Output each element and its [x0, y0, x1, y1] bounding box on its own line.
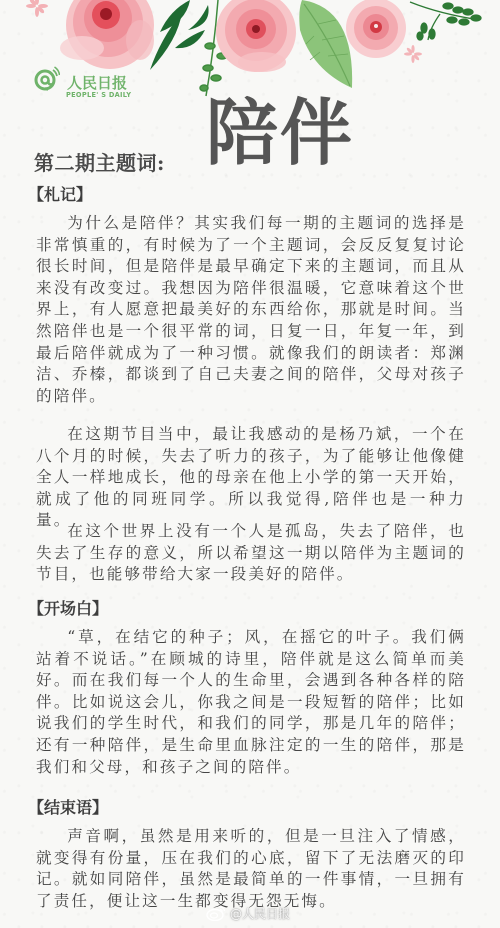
weibo-icon: [206, 905, 226, 921]
section-title-notes: 【札记】: [28, 182, 92, 205]
section-title-closing: 【结束语】: [28, 795, 108, 818]
peoples-daily-logo: 人民日报 PEOPLE' S DAILY: [34, 64, 144, 102]
weibo-watermark: @人民日报: [206, 904, 290, 922]
paragraph: 为什么是陪伴？其实我们每一期的主题词的选择是非常慎重的，有时候为了一个主题词，会…: [36, 213, 466, 407]
theme-word-title: 陪伴: [206, 88, 354, 178]
paragraph: 在这个世界上没有一个人是孤岛，失去了陪伴，也失去了生存的意义，所以希望这一期以陪…: [36, 521, 466, 586]
paragraph: 声音啊，虽然是用来听的，但是一旦注入了情感，就变得有份量，压在我们的心底，留下了…: [36, 826, 466, 912]
logo-name-cn: 人民日报: [67, 72, 127, 93]
issue-label: 第二期主题词:: [34, 147, 165, 176]
paragraph: 在这期节目当中，最让我感动的是杨乃斌，一个在八个月的时候，失去了听力的孩子，为了…: [36, 424, 466, 532]
paragraph: “草，在结它的种子；风，在摇它的叶子。我们俩站着不说话。”在顾城的诗里，陪伴就是…: [36, 627, 466, 778]
watermark-text: @人民日报: [230, 905, 290, 922]
logo-name-en: PEOPLE' S DAILY: [66, 91, 131, 99]
at-sign-broadcast-icon: [34, 66, 60, 92]
section-title-opening: 【开场白】: [28, 596, 108, 619]
